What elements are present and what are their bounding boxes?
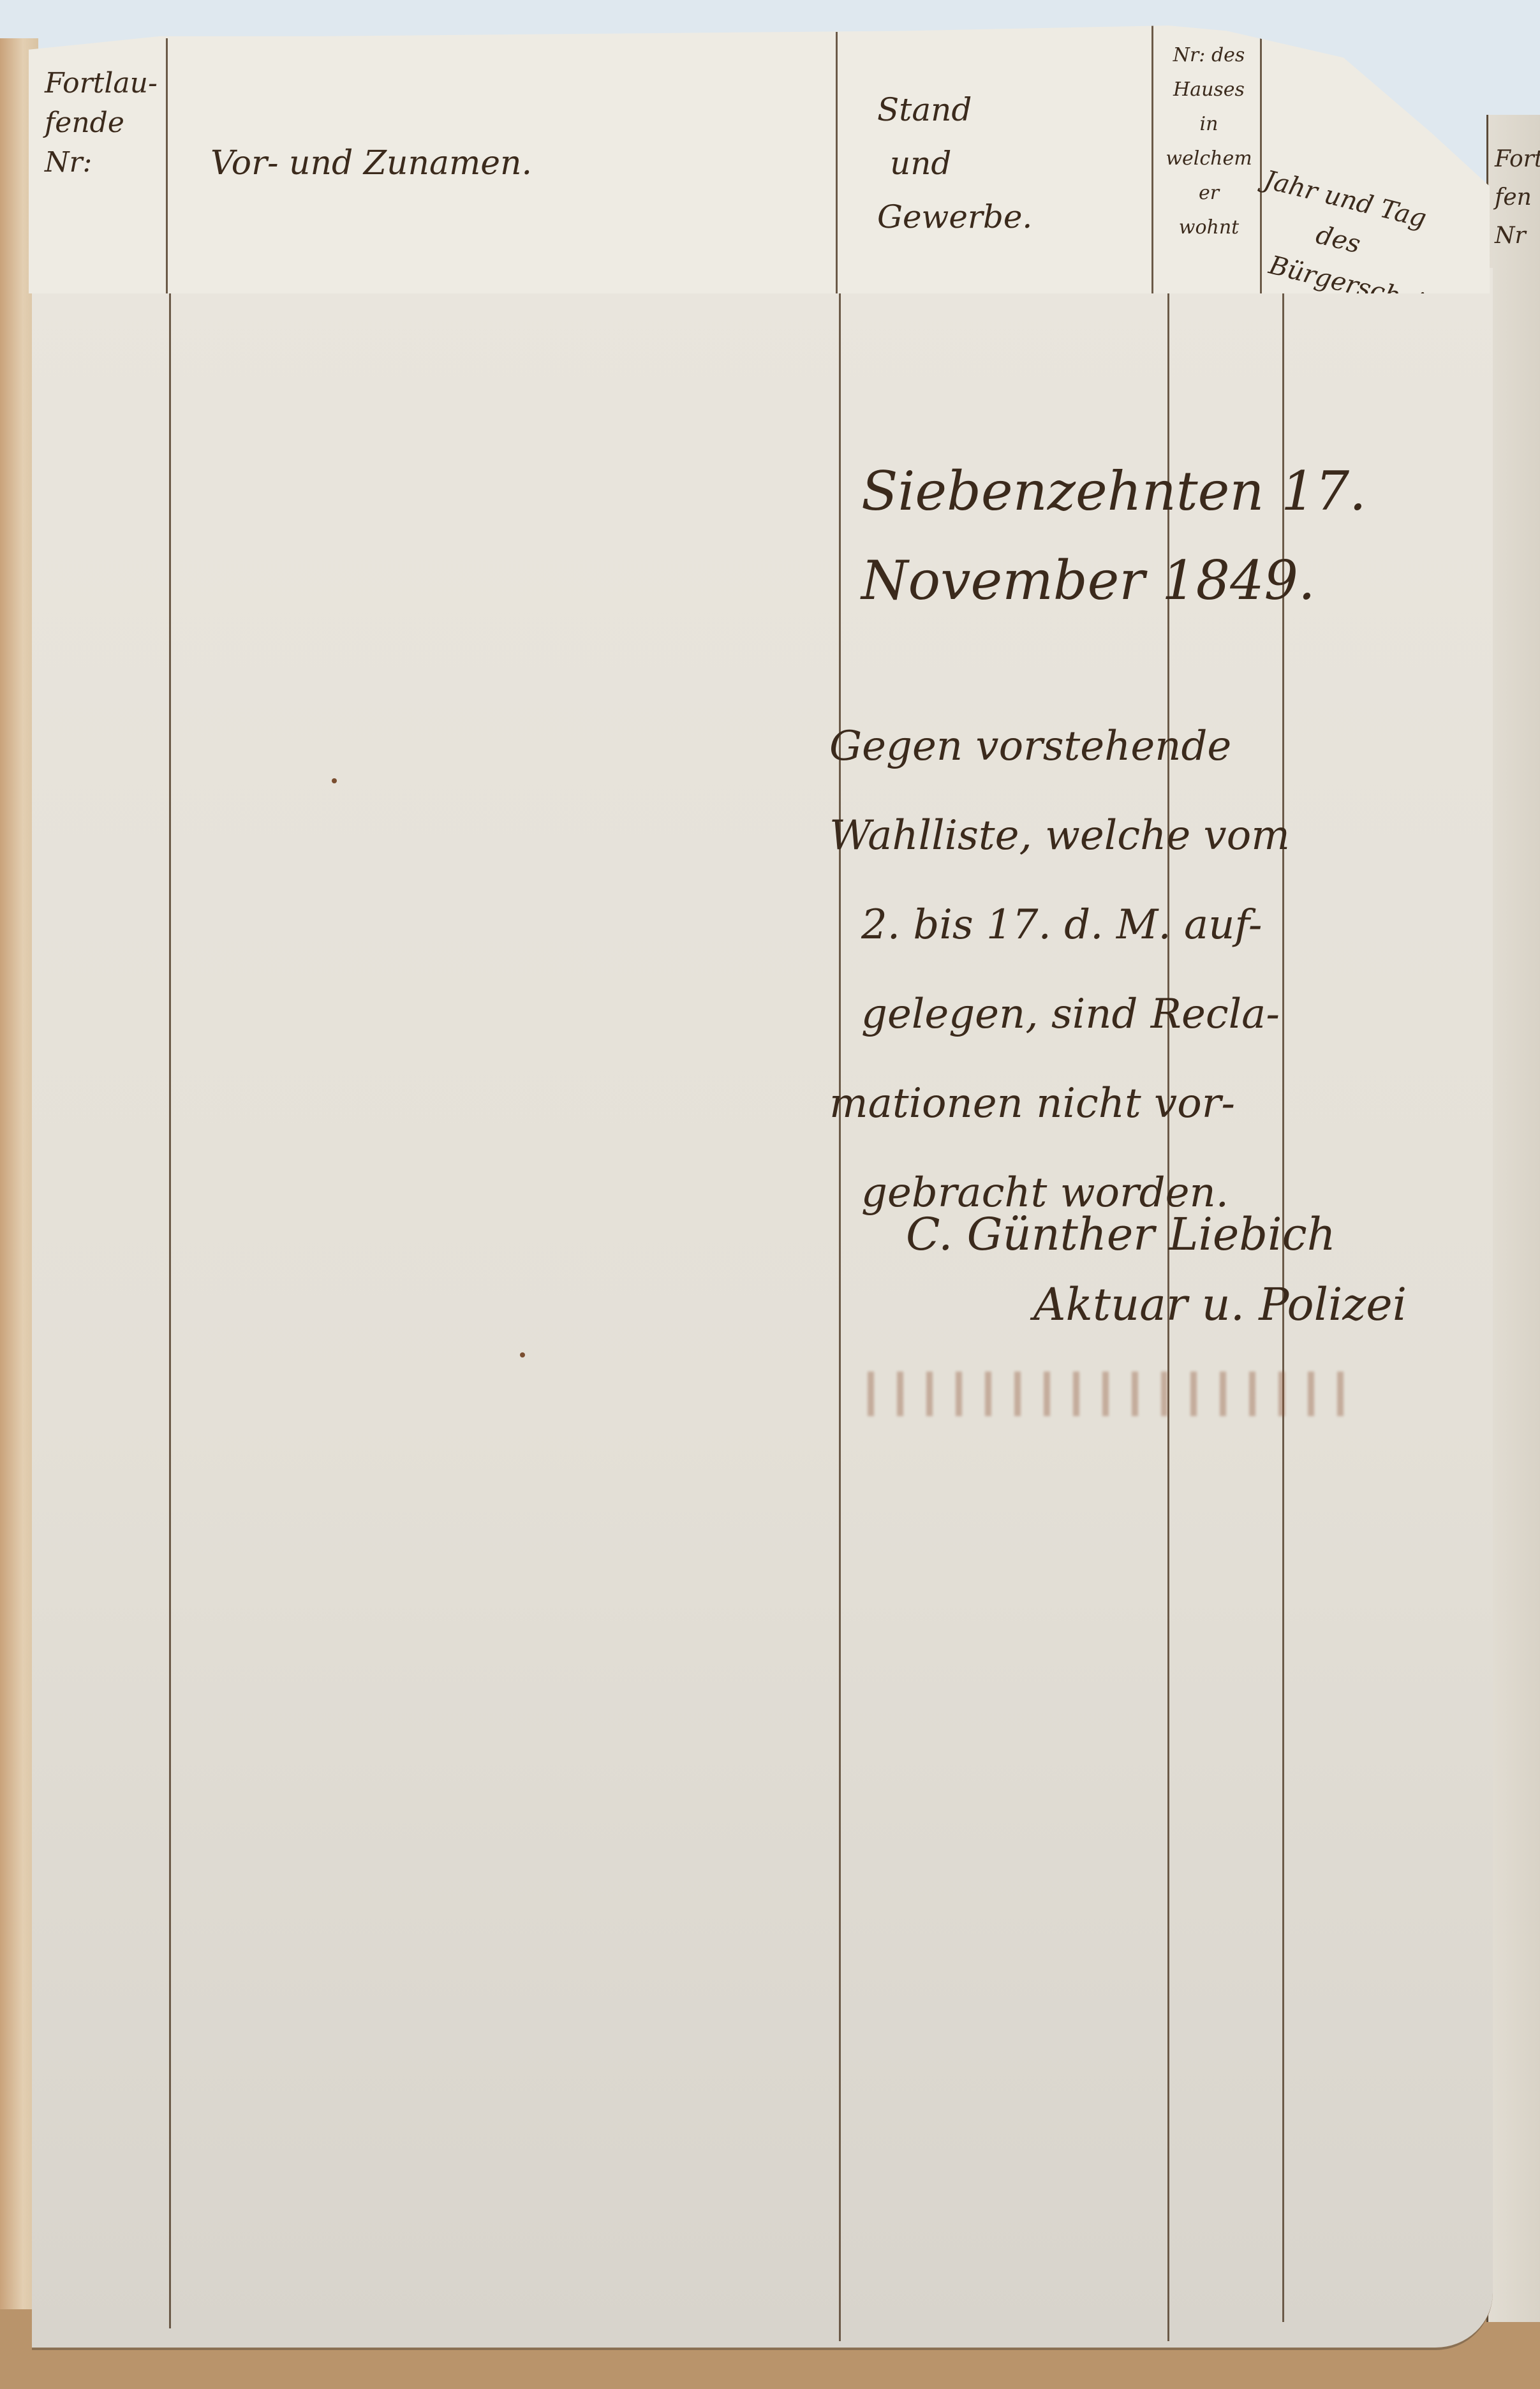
entry-signature: C. Günther Liebich Aktuar u. Polizei <box>906 1199 1407 1340</box>
adjacent-header-line: Fort <box>1495 140 1540 179</box>
header-text: Vor- und Zunamen. <box>211 144 532 183</box>
entry-body-line: gelegen, sind Recla- <box>778 970 1290 1059</box>
adjacent-page: Fort fen Nr <box>1486 115 1540 2322</box>
entry-body: Gegen vorstehende Wahlliste, welche vom … <box>778 702 1290 1238</box>
column-rule-name <box>839 268 841 2341</box>
ink-offset-stain <box>868 1372 1359 1416</box>
signature-line: Aktuar u. Polizei <box>906 1269 1407 1340</box>
column-rule-nr <box>169 287 171 2328</box>
entry-date-line: November 1849. <box>861 536 1366 625</box>
entry-body-line: mationen nicht vor- <box>778 1059 1290 1148</box>
header-text: Gewerbe. <box>877 190 1032 244</box>
paper-speck <box>332 778 337 783</box>
header-text: in <box>1158 107 1260 142</box>
header-text: Nr: <box>45 143 158 182</box>
header-col-name: Vor- und Zunamen. <box>211 144 532 183</box>
header-band: Fortlau- fende Nr: Vor- und Zunamen. Sta… <box>29 26 1490 293</box>
entry-body-line: 2. bis 17. d. M. auf- <box>778 880 1290 970</box>
adjacent-header-line: Nr <box>1495 217 1540 255</box>
header-text: wohnt <box>1158 211 1260 245</box>
header-text: Stand <box>877 83 1032 137</box>
header-rule-1 <box>166 38 168 293</box>
header-col-stand: Stand und Gewerbe. <box>877 83 1032 244</box>
header-text: und <box>877 137 1032 190</box>
header-text: er <box>1158 176 1260 211</box>
header-text: welchem <box>1158 142 1260 176</box>
paper-speck <box>520 1352 525 1357</box>
entry-body-line: Wahlliste, welche vom <box>778 791 1290 880</box>
adjacent-page-header: Fort fen Nr <box>1495 140 1540 255</box>
entry-date-line: Siebenzehnten 17. <box>861 447 1366 536</box>
entry-date: Siebenzehnten 17. November 1849. <box>861 447 1366 625</box>
header-rule-2 <box>836 32 838 293</box>
header-col-nr: Fortlau- fende Nr: <box>45 64 158 182</box>
header-text: fende <box>45 103 158 143</box>
adjacent-header-line: fen <box>1495 179 1540 217</box>
header-text: Fortlau- <box>45 64 158 103</box>
entry-body-line: Gegen vorstehende <box>778 702 1290 791</box>
header-col-haus: Nr: des Hauses in welchem er wohnt <box>1158 38 1260 245</box>
header-text: Hauses <box>1158 73 1260 107</box>
signature-line: C. Günther Liebich <box>906 1199 1407 1269</box>
header-text: Nr: des <box>1158 38 1260 73</box>
header-rule-3 <box>1151 26 1153 293</box>
